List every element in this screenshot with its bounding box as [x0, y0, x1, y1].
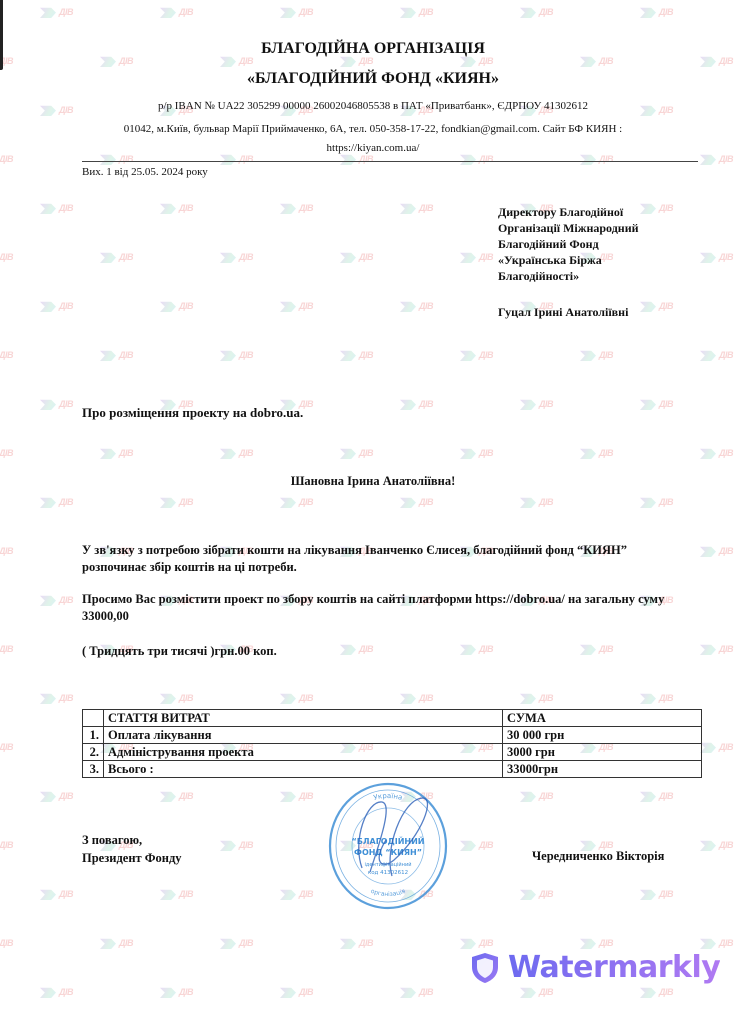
website-link[interactable]: https://kiyan.com.ua/: [0, 142, 746, 154]
bank-requisites: р/р IBAN № UA22 305299 00000 26002046805…: [0, 100, 746, 112]
contact-address: 01042, м.Київ, бульвар Марії Приймаченко…: [0, 123, 746, 135]
row-item: Оплата лікування: [104, 727, 503, 744]
costs-table: СТАТТЯ ВИТРАТ СУМА 1. Оплата лікування 3…: [82, 709, 702, 778]
org-title-line1: БЛАГОДІЙНА ОРГАНІЗАЦІЯ: [0, 40, 746, 58]
shield-icon: [470, 952, 500, 984]
row-item: Всього :: [104, 761, 503, 778]
row-amount: 33000грн: [503, 761, 702, 778]
watermarkly-brand: Watermarkly: [508, 950, 720, 985]
letter-greeting: Шановна Ірина Анатоліївна!: [0, 474, 746, 489]
closing-position: Президент Фонду: [82, 849, 182, 867]
signer-name: Чередниченко Вікторія: [532, 849, 664, 864]
closing-block: З повагою, Президент Фонду: [82, 831, 182, 867]
stamp-center-line2: ФОНД “КИЯН”: [354, 848, 422, 857]
table-row: 2. Адміністрування проекта 3000 грн: [83, 744, 702, 761]
addressee-line: Організації Міжнародний: [498, 220, 639, 236]
row-item: Адміністрування проекта: [104, 744, 503, 761]
table-row: 1. Оплата лікування 30 000 грн: [83, 727, 702, 744]
stamp-code: код 41302612: [368, 870, 408, 876]
addressee-block: Директору Благодійної Організації Міжнар…: [498, 204, 639, 284]
body-paragraph-2: Просимо Вас розмістити проект по збору к…: [82, 591, 682, 625]
addressee-line: Благодійний Фонд: [498, 236, 639, 252]
addressee-line: Директору Благодійної: [498, 204, 639, 220]
svg-text:організація: організація: [370, 888, 407, 898]
header-num: [83, 710, 104, 727]
outgoing-number: Вих. 1 від 25.05. 2024 року: [82, 166, 208, 178]
table-row-total: 3. Всього : 33000грн: [83, 761, 702, 778]
organization-stamp-icon: Україна організація “БЛАГОДІЙНИЙ ФОНД “К…: [322, 780, 454, 912]
row-num: 3.: [83, 761, 104, 778]
addressee-name: Гуцал Ірині Анатоліївні: [498, 305, 628, 320]
stamp-bottom-text: організація: [370, 888, 407, 898]
closing-regards: З повагою,: [82, 831, 182, 849]
svg-text:Україна: Україна: [373, 792, 404, 802]
table-header-row: СТАТТЯ ВИТРАТ СУМА: [83, 710, 702, 727]
stamp-top-text: Україна: [373, 792, 404, 802]
header-amount: СУМА: [503, 710, 702, 727]
watermarkly-badge: Watermarkly: [470, 950, 720, 985]
row-num: 2.: [83, 744, 104, 761]
amount-in-words: ( Тридцять три тисячі )грн.00 коп.: [82, 643, 682, 660]
addressee-line: «Українська Біржа: [498, 252, 639, 268]
addressee-line: Благодійності»: [498, 268, 639, 284]
row-amount: 3000 грн: [503, 744, 702, 761]
row-amount: 30 000 грн: [503, 727, 702, 744]
body-paragraph-1: У зв'язку з потребою зібрати кошти на лі…: [82, 542, 682, 576]
org-title-line2: «БЛАГОДІЙНИЙ ФОНД «КИЯН»: [0, 70, 746, 88]
letter-document: БЛАГОДІЙНА ОРГАНІЗАЦІЯ «БЛАГОДІЙНИЙ ФОНД…: [0, 0, 746, 1024]
stamp-center-line1: “БЛАГОДІЙНИЙ: [352, 835, 425, 846]
letter-subject: Про розміщення проекту на dobro.ua.: [82, 405, 303, 421]
header-item: СТАТТЯ ВИТРАТ: [104, 710, 503, 727]
row-num: 1.: [83, 727, 104, 744]
header-divider: [82, 161, 698, 162]
